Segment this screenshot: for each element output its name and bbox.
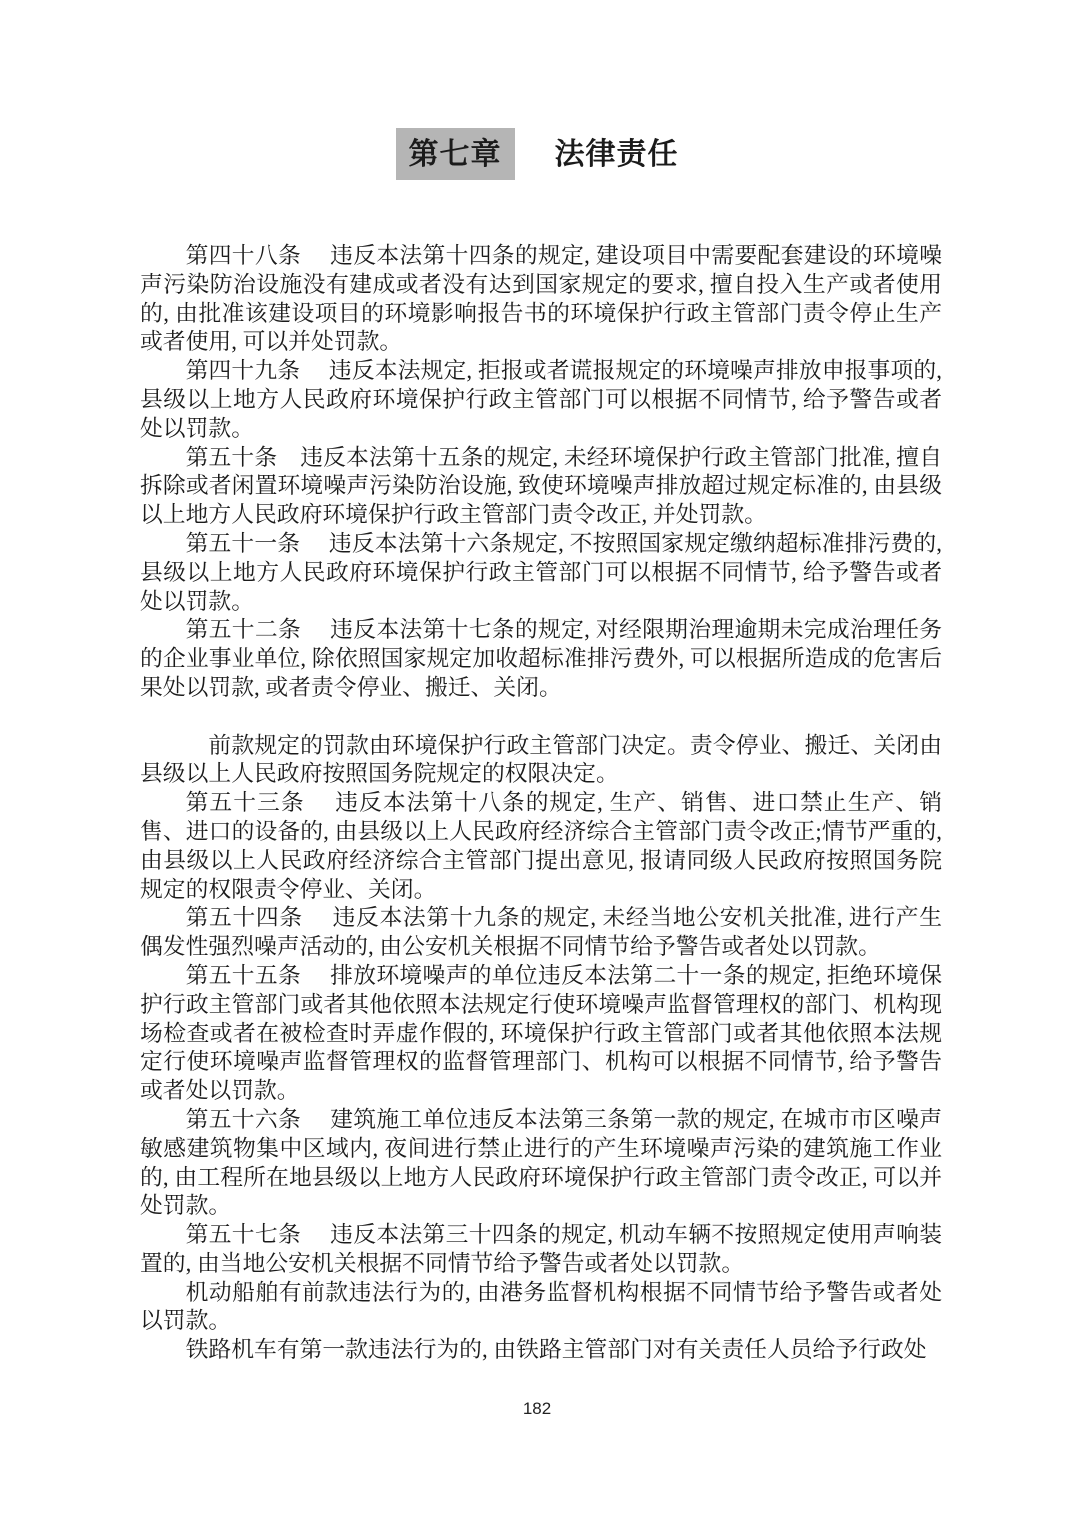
paragraph: 第五十七条 违反本法第三十四条的规定, 机动车辆不按照规定使用声响装置的, 由当… xyxy=(140,1221,942,1279)
paragraph: 第五十三条 违反本法第十八条的规定, 生产、销售、进口禁止生产、销售、进口的设备… xyxy=(140,789,942,904)
paragraph: 第四十八条 违反本法第十四条的规定, 建设项目中需要配套建设的环境噪声污染防治设… xyxy=(140,242,942,357)
paragraph: 第五十五条 排放环境噪声的单位违反本法第二十一条的规定, 拒绝环境保护行政主管部… xyxy=(140,962,942,1106)
paragraph: 第四十九条 违反本法规定, 拒报或者谎报规定的环境噪声排放申报事项的, 县级以上… xyxy=(140,357,942,443)
paragraph: 铁路机车有第一款违法行为的, 由铁路主管部门对有关责任人员给予行政处 xyxy=(140,1336,942,1365)
paragraph: 第五十条 违反本法第十五条的规定, 未经环境保护行政主管部门批准, 擅自拆除或者… xyxy=(140,444,942,530)
article-body: 第四十八条 违反本法第十四条的规定, 建设项目中需要配套建设的环境噪声污染防治设… xyxy=(140,242,942,1365)
chapter-heading: 第七章法律责任 xyxy=(0,128,1074,182)
paragraph: 第五十四条 违反本法第十九条的规定, 未经当地公安机关批准, 进行产生偶发性强烈… xyxy=(140,904,942,962)
chapter-number-highlighted: 第七章 xyxy=(396,128,515,180)
document-page: 第七章法律责任 第四十八条 违反本法第十四条的规定, 建设项目中需要配套建设的环… xyxy=(0,0,1074,1520)
paragraph: 机动船舶有前款违法行为的, 由港务监督机构根据不同情节给予警告或者处以罚款。 xyxy=(140,1279,942,1337)
paragraph: 第五十二条 违反本法第十七条的规定, 对经限期治理逾期未完成治理任务的企业事业单… xyxy=(140,616,942,702)
chapter-title: 法律责任 xyxy=(555,138,679,171)
page-number: 182 xyxy=(0,1399,1074,1419)
paragraph: 第五十六条 建筑施工单位违反本法第三条第一款的规定, 在城市市区噪声敏感建筑物集… xyxy=(140,1106,942,1221)
paragraph: 第五十一条 违反本法第十六条规定, 不按照国家规定缴纳超标准排污费的, 县级以上… xyxy=(140,530,942,616)
paragraph: 前款规定的罚款由环境保护行政主管部门决定。责令停业、搬迁、关闭由县级以上人民政府… xyxy=(140,732,942,790)
